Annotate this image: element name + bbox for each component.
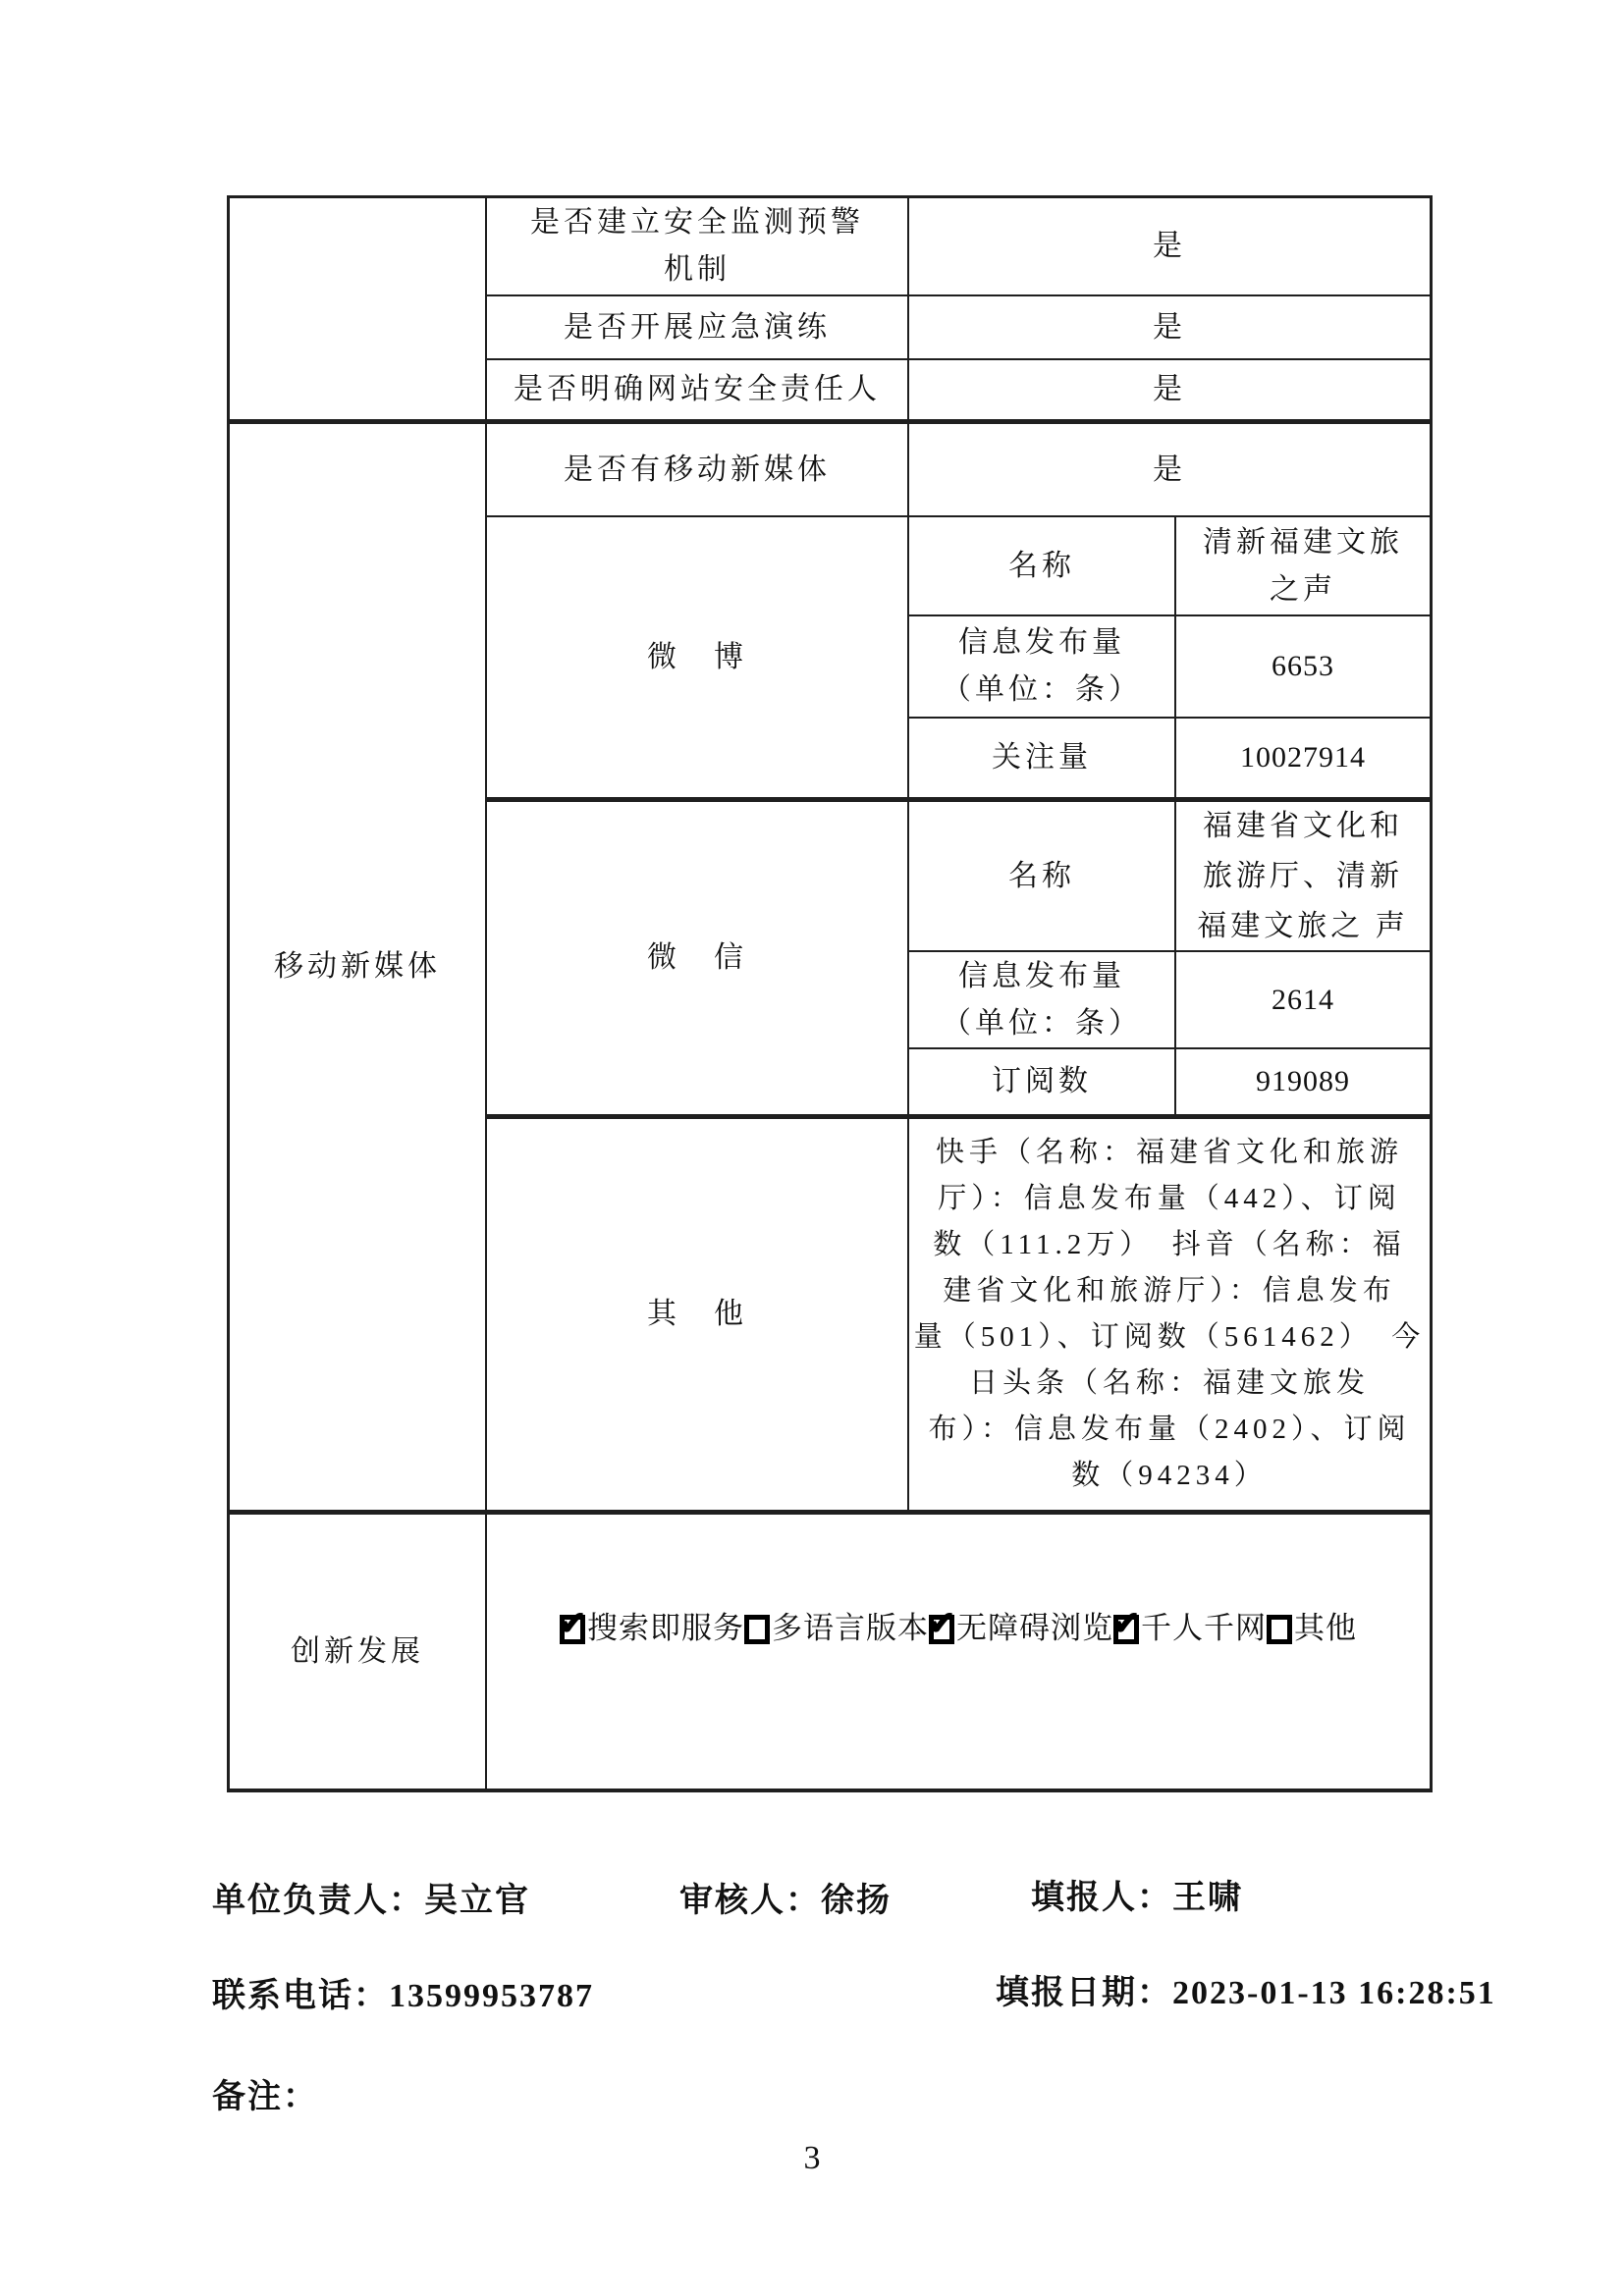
- section-label-mobile-media: 移动新媒体: [230, 424, 487, 1515]
- checkbox-label: 其他: [1294, 1605, 1357, 1652]
- section-label-innovation: 创新发展: [230, 1515, 487, 1789]
- question-security-responsible: 是否明确网站安全责任人: [487, 360, 909, 424]
- wechat-name-label: 名称: [909, 802, 1176, 952]
- checkbox-item-other: 其他: [1267, 1605, 1357, 1652]
- checkbox-unchecked-icon: [744, 1615, 770, 1644]
- footer-contact-phone: 联系电话：13599953787: [212, 1968, 594, 2016]
- annual-report-table: 是否建立安全监测预警 机制 是 是否开展应急演练 是 是否明确网站安全责任人 是…: [227, 195, 1433, 1792]
- weibo-publish-label: 信息发布量 （单位：条）: [909, 616, 1176, 719]
- weibo-publish-value: 6653: [1176, 616, 1430, 719]
- question-emergency-drill: 是否开展应急演练: [487, 296, 909, 360]
- question-monitor-warning: 是否建立安全监测预警 机制: [487, 198, 909, 296]
- answer-monitor-warning: 是: [909, 198, 1430, 296]
- checkbox-label: 千人千网: [1141, 1605, 1267, 1652]
- checkbox-label: 多语言版本: [772, 1605, 929, 1652]
- checkbox-item-search-service: 搜索即服务: [560, 1605, 744, 1652]
- other-platforms-label: 其 他: [487, 1119, 909, 1515]
- checkbox-checked-icon: [1113, 1615, 1139, 1644]
- checkbox-item-accessibility: 无障碍浏览: [929, 1605, 1113, 1652]
- page-number: 3: [0, 2140, 1624, 2177]
- checkbox-checked-icon: [929, 1615, 954, 1644]
- weibo-name-value: 清新福建文旅 之声: [1176, 517, 1430, 616]
- innovation-options-cell: 搜索即服务 多语言版本 无障碍浏览 千人千网 其他: [487, 1515, 1430, 1789]
- wechat-label: 微 信: [487, 802, 909, 1119]
- wechat-subscribers-label: 订阅数: [909, 1049, 1176, 1119]
- footer-auditor: 审核人：徐扬: [679, 1873, 892, 1921]
- answer-has-mobile-media: 是: [909, 424, 1430, 517]
- weibo-followers-label: 关注量: [909, 719, 1176, 802]
- checkbox-item-personalized: 千人千网: [1113, 1605, 1267, 1652]
- checkbox-checked-icon: [560, 1615, 585, 1644]
- wechat-publish-label: 信息发布量 （单位：条）: [909, 952, 1176, 1049]
- weibo-name-label: 名称: [909, 517, 1176, 616]
- footer-filler: 填报人：王啸: [1031, 1870, 1243, 1918]
- wechat-name-value: 福建省文化和 旅游厅、清新 福建文旅之 声: [1176, 802, 1430, 952]
- wechat-publish-value: 2614: [1176, 952, 1430, 1049]
- answer-security-responsible: 是: [909, 360, 1430, 424]
- weibo-label: 微 博: [487, 517, 909, 802]
- weibo-followers-value: 10027914: [1176, 719, 1430, 802]
- security-section-cell: [230, 198, 487, 424]
- question-has-mobile-media: 是否有移动新媒体: [487, 424, 909, 517]
- report-page: 是否建立安全监测预警 机制 是 是否开展应急演练 是 是否明确网站安全责任人 是…: [0, 0, 1624, 2296]
- footer-remarks-label: 备注：: [212, 2069, 318, 2117]
- answer-emergency-drill: 是: [909, 296, 1430, 360]
- checkbox-label: 搜索即服务: [587, 1605, 744, 1652]
- wechat-subscribers-value: 919089: [1176, 1049, 1430, 1119]
- checkbox-label: 无障碍浏览: [956, 1605, 1113, 1652]
- footer-unit-director: 单位负责人：吴立官: [212, 1873, 530, 1921]
- other-platforms-value: 快手（名称：福建省文化和旅游 厅）：信息发布量（442）、订阅 数（111.2万…: [909, 1119, 1430, 1515]
- footer-fill-date: 填报日期：2023-01-13 16:28:51: [996, 1965, 1496, 2013]
- checkbox-unchecked-icon: [1267, 1615, 1292, 1644]
- innovation-checkbox-row: 搜索即服务 多语言版本 无障碍浏览 千人千网 其他: [560, 1605, 1357, 1652]
- checkbox-item-multilingual: 多语言版本: [744, 1605, 929, 1652]
